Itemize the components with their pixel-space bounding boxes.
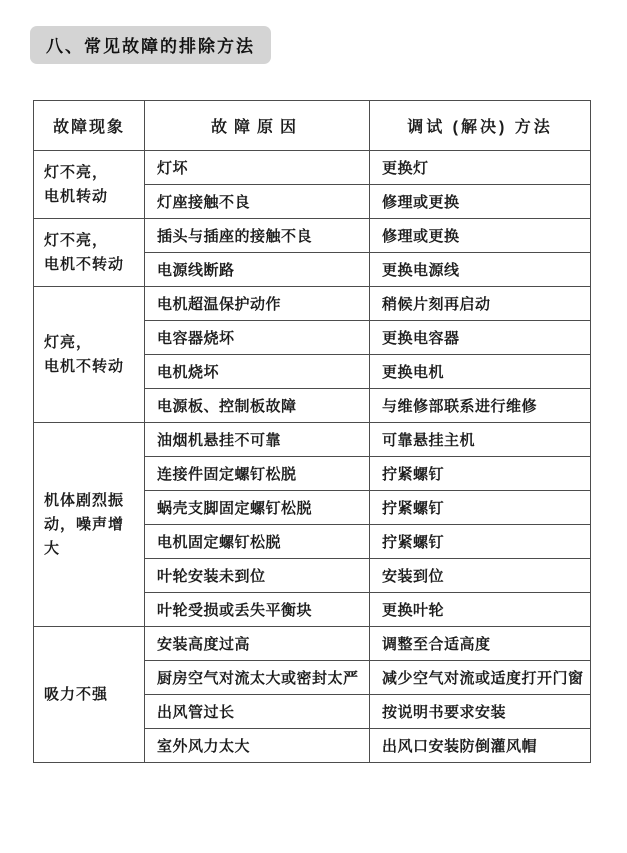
phenomenon-cell: 灯不亮， 电机转动 bbox=[34, 151, 145, 219]
cause-cell: 厨房空气对流太大或密封太严 bbox=[145, 661, 370, 695]
solution-cell: 与维修部联系进行维修 bbox=[370, 389, 591, 423]
solution-cell: 按说明书要求安装 bbox=[370, 695, 591, 729]
solution-cell: 修理或更换 bbox=[370, 219, 591, 253]
cause-cell: 电机烧坏 bbox=[145, 355, 370, 389]
solution-cell: 稍候片刻再启动 bbox=[370, 287, 591, 321]
solution-cell: 拧紧螺钉 bbox=[370, 491, 591, 525]
phenomenon-cell: 吸力不强 bbox=[34, 627, 145, 763]
cause-cell: 油烟机悬挂不可靠 bbox=[145, 423, 370, 457]
table-row: 灯不亮， 电机不转动 插头与插座的接触不良 修理或更换 bbox=[34, 219, 591, 253]
solution-cell: 修理或更换 bbox=[370, 185, 591, 219]
cause-cell: 室外风力太大 bbox=[145, 729, 370, 763]
cause-cell: 安装高度过高 bbox=[145, 627, 370, 661]
column-header-cause: 故障原因 bbox=[145, 101, 370, 151]
table-row: 机体剧烈振 动，噪声增 大 油烟机悬挂不可靠 可靠悬挂主机 bbox=[34, 423, 591, 457]
solution-cell: 更换灯 bbox=[370, 151, 591, 185]
solution-cell: 更换电机 bbox=[370, 355, 591, 389]
cause-cell: 灯座接触不良 bbox=[145, 185, 370, 219]
cause-cell: 出风管过长 bbox=[145, 695, 370, 729]
column-header-solution: 调试 (解决) 方法 bbox=[370, 101, 591, 151]
cause-cell: 灯坏 bbox=[145, 151, 370, 185]
page-title: 八、常见故障的排除方法 bbox=[30, 26, 271, 64]
solution-cell: 调整至合适高度 bbox=[370, 627, 591, 661]
fault-table: 故障现象 故障原因 调试 (解决) 方法 灯不亮， 电机转动 灯坏 更换灯 灯座… bbox=[33, 100, 591, 763]
cause-cell: 连接件固定螺钉松脱 bbox=[145, 457, 370, 491]
cause-cell: 电源板、控制板故障 bbox=[145, 389, 370, 423]
solution-cell: 更换电源线 bbox=[370, 253, 591, 287]
solution-cell: 减少空气对流或适度打开门窗 bbox=[370, 661, 591, 695]
cause-cell: 电容器烧坏 bbox=[145, 321, 370, 355]
cause-cell: 电机超温保护动作 bbox=[145, 287, 370, 321]
solution-cell: 出风口安装防倒灌风帽 bbox=[370, 729, 591, 763]
column-header-phenomenon: 故障现象 bbox=[34, 101, 145, 151]
cause-cell: 电机固定螺钉松脱 bbox=[145, 525, 370, 559]
table-row: 吸力不强 安装高度过高 调整至合适高度 bbox=[34, 627, 591, 661]
solution-cell: 更换叶轮 bbox=[370, 593, 591, 627]
cause-cell: 叶轮受损或丢失平衡块 bbox=[145, 593, 370, 627]
phenomenon-cell: 机体剧烈振 动，噪声增 大 bbox=[34, 423, 145, 627]
table-header-row: 故障现象 故障原因 调试 (解决) 方法 bbox=[34, 101, 591, 151]
cause-cell: 电源线断路 bbox=[145, 253, 370, 287]
document-page: 八、常见故障的排除方法 故障现象 故障原因 调试 (解决) 方法 灯不亮， 电机… bbox=[0, 0, 627, 853]
solution-cell: 拧紧螺钉 bbox=[370, 525, 591, 559]
table-row: 灯亮， 电机不转动 电机超温保护动作 稍候片刻再启动 bbox=[34, 287, 591, 321]
solution-cell: 可靠悬挂主机 bbox=[370, 423, 591, 457]
phenomenon-cell: 灯不亮， 电机不转动 bbox=[34, 219, 145, 287]
cause-cell: 蜗壳支脚固定螺钉松脱 bbox=[145, 491, 370, 525]
cause-cell: 插头与插座的接触不良 bbox=[145, 219, 370, 253]
solution-cell: 更换电容器 bbox=[370, 321, 591, 355]
table-row: 灯不亮， 电机转动 灯坏 更换灯 bbox=[34, 151, 591, 185]
phenomenon-cell: 灯亮， 电机不转动 bbox=[34, 287, 145, 423]
solution-cell: 拧紧螺钉 bbox=[370, 457, 591, 491]
solution-cell: 安装到位 bbox=[370, 559, 591, 593]
cause-cell: 叶轮安装未到位 bbox=[145, 559, 370, 593]
